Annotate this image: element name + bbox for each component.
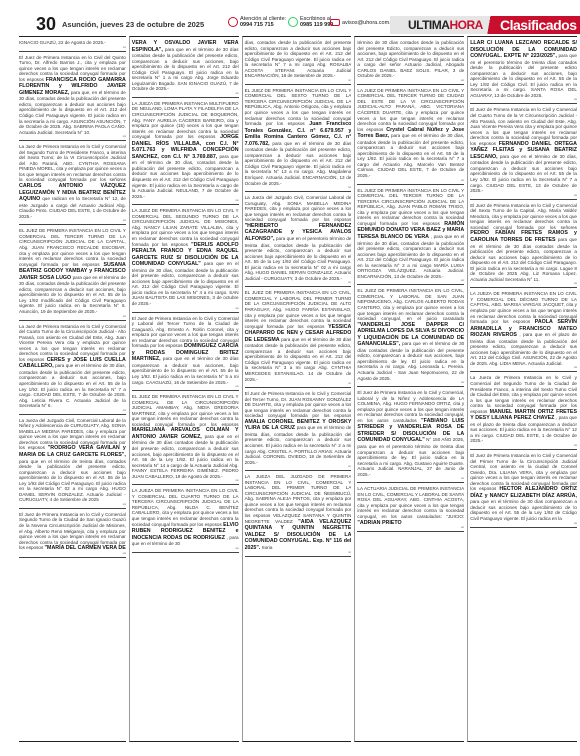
notice-end-mark: ▪▪▪ bbox=[19, 409, 126, 412]
legal-notice: LA ACTUARIA JUDICIAL DE PRIMERA INSTANCI… bbox=[357, 485, 464, 532]
section-title: Clasificados bbox=[500, 17, 576, 33]
legal-notice: LA JUEZ DE PRIMERA INSTANCIA EN LO CIVIL… bbox=[357, 87, 464, 185]
page-number: 30 bbox=[36, 14, 56, 35]
notice-end-mark: ▪▪▪ bbox=[470, 98, 577, 101]
notice-text: para que en el perentorio término de tre… bbox=[470, 53, 577, 98]
notice-text: para que en el término de 30 días contad… bbox=[132, 47, 239, 92]
legal-notice: El Juez de Primera Instancia en lo Civil… bbox=[470, 202, 577, 289]
legal-notice: LA JUEZA DEL JUZGADO DE PRIMERA INSTANCI… bbox=[245, 473, 352, 557]
notice-end-mark: ▪▪▪ bbox=[245, 281, 352, 284]
legal-notice: La Jueza del Juzgado Civil, Comercial La… bbox=[245, 194, 352, 287]
notice-text: N° 150 AÑO 2025, para que en el perentor… bbox=[357, 437, 464, 476]
notice-end-mark: ▪▪▪ bbox=[470, 366, 577, 369]
notice-end-mark: ▪▪▪ bbox=[357, 526, 464, 529]
notice-text: para que en el término de 30 días contad… bbox=[357, 341, 464, 380]
notice-end-mark: ▪▪▪ bbox=[357, 477, 464, 480]
legal-notice: LA JUEZ DE PRIMERA INSTANCIA EN LO CIVIL… bbox=[132, 207, 239, 312]
notice-text: Soria bbox=[262, 545, 273, 550]
legal-notice: El Juez de Primera Instancia en lo Civil… bbox=[470, 452, 577, 528]
notice-end-mark: ▪▪▪ bbox=[19, 315, 126, 318]
legal-notice: término de 30 días contados desde la pub… bbox=[357, 39, 464, 85]
notice-text: para que en el término de 30 días contad… bbox=[132, 434, 239, 479]
notice-parties: "MARÍA DEL CARMEN VERA DE bbox=[45, 545, 126, 551]
brand-part1: ULTIMA bbox=[408, 18, 449, 32]
column-5: LLAR C/ LUANA LEZCANO RECALDE S/ DISOLUC… bbox=[467, 36, 577, 742]
notice-text: EL JUEZ DE PRIMERA INSTANCIA EN LO CIVIL… bbox=[132, 394, 239, 427]
notice-text: para que en el término de treinta días, … bbox=[245, 425, 352, 464]
notice-end-mark: ▪▪▪ bbox=[132, 307, 239, 310]
notice-text: EL JUEZ DE PRIMERA INSTANCIA EN LO CIVIL… bbox=[357, 288, 464, 321]
legal-notice: El Juez de Primera Instancia en lo Civil… bbox=[245, 390, 352, 471]
notice-text: para que en el término de 30 días, conta… bbox=[357, 133, 464, 178]
legal-notice: IGNACIO GUAZÚ, 22 de Agosto de 2025.- ▪▪… bbox=[19, 39, 126, 52]
notice-text: La Jueza del Juzgado Civil, Comercial La… bbox=[245, 195, 352, 222]
legal-notice: El Juez de Primera Instancia en lo Civil… bbox=[357, 389, 464, 483]
notice-end-mark: ▪▪▪ bbox=[357, 179, 464, 182]
legal-notice: EL JUEZ DE PRIMERA INSTANCIA EN LO CIVIL… bbox=[245, 87, 352, 192]
notice-text: para que en el término de 30 días, conta… bbox=[132, 261, 239, 306]
notice-text: para que en el término de treinta días, … bbox=[19, 459, 126, 503]
legal-notice: EL JUEZ DE PRIMERA INSTANCIA EN LO CIVIL… bbox=[245, 289, 352, 388]
notice-end-mark: ▪▪▪ bbox=[132, 199, 239, 202]
notice-text: El Juez de Primera Instancia en lo Civil… bbox=[245, 391, 352, 418]
column-1: IGNACIO GUAZÚ, 22 de Agosto de 2025.- ▪▪… bbox=[19, 36, 126, 742]
notice-text: LA ACTUARIA JUDICIAL DE PRIMERA INSTANCI… bbox=[357, 486, 464, 519]
phone-icon bbox=[228, 17, 238, 27]
notice-end-mark: ▪▪▪ bbox=[357, 79, 464, 82]
notice-parties: "ADRIAN PRIETO bbox=[357, 520, 401, 526]
legal-notice: La Juez de Primera Instancia en lo Civil… bbox=[19, 143, 126, 225]
whatsapp-number[interactable]: 0985 119 999 bbox=[300, 22, 333, 28]
column-3: días, contados desde la publicación del … bbox=[242, 36, 352, 742]
email-contact: avisos@uhora.com.py bbox=[330, 19, 397, 26]
legal-notice: El Juez de Primera Instancia en lo Civil… bbox=[132, 315, 239, 392]
legal-notice: LA JUEZA DE PRIMERA INSTANCIA EN LO CIVI… bbox=[470, 290, 577, 372]
notice-end-mark: ▪▪▪ bbox=[19, 46, 126, 49]
legal-notice: El Juez de Primera Instancia en lo Civil… bbox=[19, 511, 126, 558]
notice-text: para que en el término de 30 días, conta… bbox=[19, 275, 126, 314]
notice-end-mark: ▪▪▪ bbox=[132, 385, 239, 388]
notice-end-mark: ▪▪▪ bbox=[245, 382, 352, 385]
notice-end-mark: ▪▪▪ bbox=[470, 194, 577, 197]
notice-end-mark: ▪▪▪ bbox=[245, 551, 352, 554]
notice-end-mark: ▪▪▪ bbox=[357, 279, 464, 282]
notice-end-mark: ▪▪▪ bbox=[132, 547, 239, 550]
notice-end-mark: ▪▪▪ bbox=[132, 92, 239, 95]
notice-end-mark: ▪▪▪ bbox=[19, 135, 126, 138]
legal-notice: El Juez de Primera Instancia en lo Civil… bbox=[19, 54, 126, 142]
notice-end-mark: ▪▪▪ bbox=[19, 219, 126, 222]
notice-end-mark: ▪▪▪ bbox=[357, 381, 464, 384]
brand-logo: ULTIMAHORA bbox=[408, 18, 483, 32]
notice-text: días, contados desde la publicación del … bbox=[245, 40, 352, 78]
notice-end-mark: ▪▪▪ bbox=[245, 79, 352, 82]
notice-text: El Juez de Primera Instancia en lo Civil… bbox=[470, 203, 577, 230]
whatsapp-contact: Escribinos al0985 119 999 bbox=[288, 16, 333, 28]
legal-notice: EL JUEZ DE PRIMERA INSTANCIA EN LO CIVIL… bbox=[357, 187, 464, 286]
legal-notice: días, contados desde la publicación del … bbox=[245, 39, 352, 85]
notice-end-mark: ▪▪▪ bbox=[19, 503, 126, 506]
legal-notice: EL JUEZ DE PRIMERA INSTANCIA EN LO CIVIL… bbox=[357, 287, 464, 387]
page-header: 30 Asunción, jueves 23 de octubre de 202… bbox=[0, 0, 580, 34]
customer-service-contact: Atención al cliente:0994 715 715 bbox=[228, 16, 286, 28]
legal-notice: La Juez de Primera Instancia en lo Civil… bbox=[19, 323, 126, 415]
notice-end-mark: ▪▪▪ bbox=[470, 444, 577, 447]
classifieds-columns: IGNACIO GUAZÚ, 22 de Agosto de 2025.- ▪▪… bbox=[19, 36, 577, 742]
notice-text: para que en el término de 30 días contad… bbox=[470, 237, 577, 282]
column-4: término de 30 días contados desde la pub… bbox=[354, 36, 464, 742]
notice-end-mark: ▪▪▪ bbox=[132, 479, 239, 482]
notice-text: para que en el término de 30 días contad… bbox=[245, 141, 352, 186]
legal-notice: LA JUEZA DE PRIMERA INSTANCIA EN LO CIVI… bbox=[132, 487, 239, 552]
notice-text: para que en el término de 30 días contad… bbox=[245, 337, 352, 382]
notice-text: para que, en el término de 30 días, cont… bbox=[19, 90, 126, 135]
notice-end-mark: ▪▪▪ bbox=[19, 552, 126, 555]
legal-notice: La Jueza del Juzgado Civil, Comercial La… bbox=[19, 417, 126, 509]
mail-icon bbox=[330, 19, 340, 26]
notice-text: para que en el término de 30 días, conta… bbox=[19, 363, 126, 408]
legal-notice: EL JUEZ DE PRIMERA INSTANCIA EN LO CIVIL… bbox=[19, 227, 126, 320]
legal-notice: La Jueza de Primera Instancia en lo Civi… bbox=[470, 374, 577, 450]
brand-part2: HORA bbox=[449, 18, 482, 32]
phone-number[interactable]: 0994 715 715 bbox=[240, 22, 274, 28]
notice-text: para que en el término de 30 días, conta… bbox=[132, 154, 239, 199]
notice-text: , para que en el término de 30 días, con… bbox=[357, 234, 464, 279]
notice-text: IGNACIO GUAZÚ, 22 de Agosto de 2025.- bbox=[19, 40, 106, 45]
notice-text: para que en el término de 30 días, conta… bbox=[470, 154, 577, 193]
whatsapp-icon bbox=[288, 17, 298, 27]
notice-text: para que en el término de 30 días compar… bbox=[470, 499, 577, 521]
notice-text: LA JUEZ DE PRIMERA INSTANCIA EN LO CIVIL… bbox=[357, 88, 464, 132]
notice-text: para que en el perentorio término de tre… bbox=[245, 236, 352, 281]
notice-text: término de 30 días contados desde la pub… bbox=[357, 40, 464, 78]
notice-end-mark: ▪▪▪ bbox=[245, 465, 352, 468]
notice-end-mark: ▪▪▪ bbox=[470, 282, 577, 285]
notice-end-mark: ▪▪▪ bbox=[245, 186, 352, 189]
legal-notice: EL JUEZ DE PRIMERA INSTANCIA EN LO CIVIL… bbox=[132, 393, 239, 485]
dateline: Asunción, jueves 23 de octubre de 2025 bbox=[62, 20, 204, 29]
legal-notice: LLAR C/ LUANA LEZCANO RECALDE S/ DISOLUC… bbox=[470, 39, 577, 104]
notice-text: La Juez de Primera Instancia en lo Civil… bbox=[19, 144, 126, 182]
legal-notice: LA JUEZA DE PRIMERA INSTANCIA MULTIFUERO… bbox=[132, 100, 239, 205]
notice-text: LA JUEZA DEL JUZGADO DE PRIMERA INSTANCI… bbox=[245, 474, 352, 523]
column-2: VERA Y OSVALDO JAVIER VERA ESPINOLA", pa… bbox=[129, 36, 239, 742]
legal-notice: VERA Y OSVALDO JAVIER VERA ESPINOLA", pa… bbox=[132, 39, 239, 98]
notice-end-mark: ▪▪▪ bbox=[470, 522, 577, 525]
legal-notice: El Juez de Primera Instancia en lo Civil… bbox=[470, 106, 577, 199]
email-address[interactable]: avisos@uhora.com.py bbox=[342, 20, 397, 26]
